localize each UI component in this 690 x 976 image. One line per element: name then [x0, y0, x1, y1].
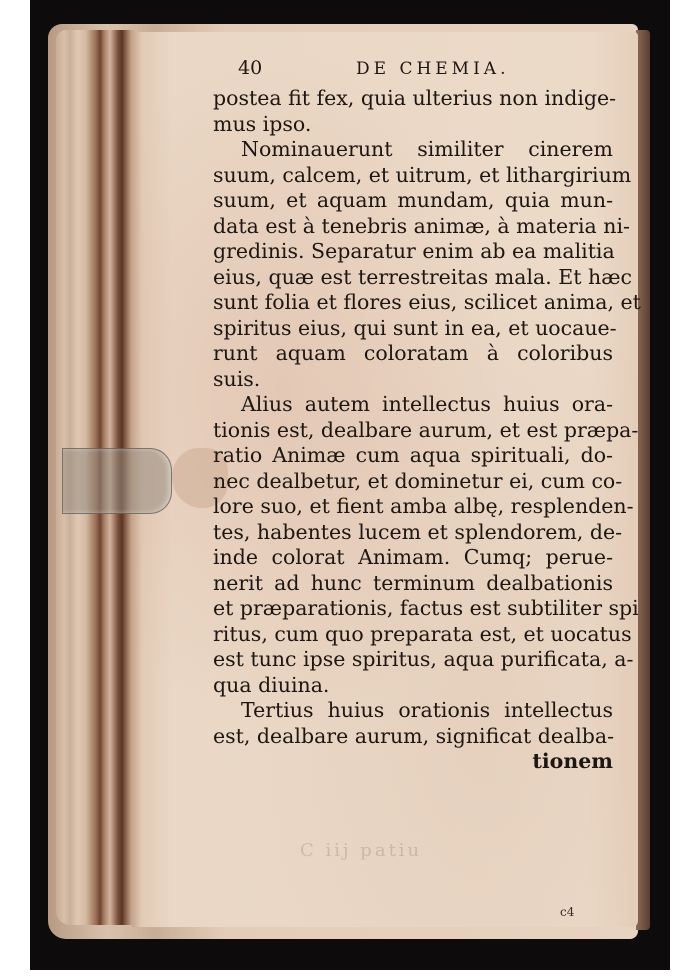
running-title: DE CHEMIA.: [356, 57, 510, 83]
text-line: inde colorat Animam. Cumq; perue-: [213, 545, 613, 571]
text-line: suis.: [213, 367, 613, 393]
text-line: qua diuina.: [213, 673, 613, 699]
paragraph-start-line: Nominauerunt similiter cinerem: [213, 137, 613, 163]
text-line: nerit ad hunc terminum dealbationis: [213, 571, 613, 597]
text-line: sunt folia et flores eius, scilicet anim…: [213, 290, 613, 316]
bookmark-tab[interactable]: [62, 448, 172, 514]
text-line: mus ipso.: [213, 112, 613, 138]
catchword: tionem: [213, 749, 613, 775]
signature-mark: c4: [560, 905, 574, 919]
text-line: est tunc ipse spiritus, aqua purificata,…: [213, 647, 613, 673]
text-line: gredinis. Separatur enim ab ea malitia: [213, 239, 613, 265]
text-line: tionis est, dealbare aurum, et est præpa…: [213, 418, 613, 444]
text-line: ritus, cum quo preparata est, et uocatus: [213, 622, 613, 648]
page-number: 40: [213, 56, 356, 82]
text-line: postea fit fex, quia ulterius non indige…: [213, 86, 613, 112]
text-line: est, dealbare aurum, significat dealba-: [213, 724, 613, 750]
running-head: 40 DE CHEMIA.: [213, 56, 613, 86]
paragraph-start-line: Alius autem intellectus huius ora-: [213, 392, 613, 418]
text-line: spiritus eius, qui sunt in ea, et uocaue…: [213, 316, 613, 342]
text-line: runt aquam coloratam à coloribus: [213, 341, 613, 367]
bleed-through-text: C iij patiu: [300, 840, 422, 861]
text-line: et præparationis, factus est subtiliter …: [213, 596, 613, 622]
text-line: eius, quæ est terrestreitas mala. Et hæc: [213, 265, 613, 291]
text-line: lore suo, et fient amba albę, resplenden…: [213, 494, 613, 520]
text-line: tes, habentes lucem et splendorem, de-: [213, 520, 613, 546]
text-line: suum, et aquam mundam, quia mun-: [213, 188, 613, 214]
page-right-edge: [636, 30, 650, 930]
text-line: suum, calcem, et uitrum, et lithargirium: [213, 163, 613, 189]
text-line: nec dealbetur, et dominetur ei, cum co-: [213, 469, 613, 495]
text-line: ratio Animæ cum aqua spirituali, do-: [213, 443, 613, 469]
paragraph-start-line: Tertius huius orationis intellectus: [213, 698, 613, 724]
text-line: data est à tenebris animæ, à materia ni-: [213, 214, 613, 240]
page-text-block: 40 DE CHEMIA. postea fit fex, quia ulter…: [213, 56, 613, 775]
